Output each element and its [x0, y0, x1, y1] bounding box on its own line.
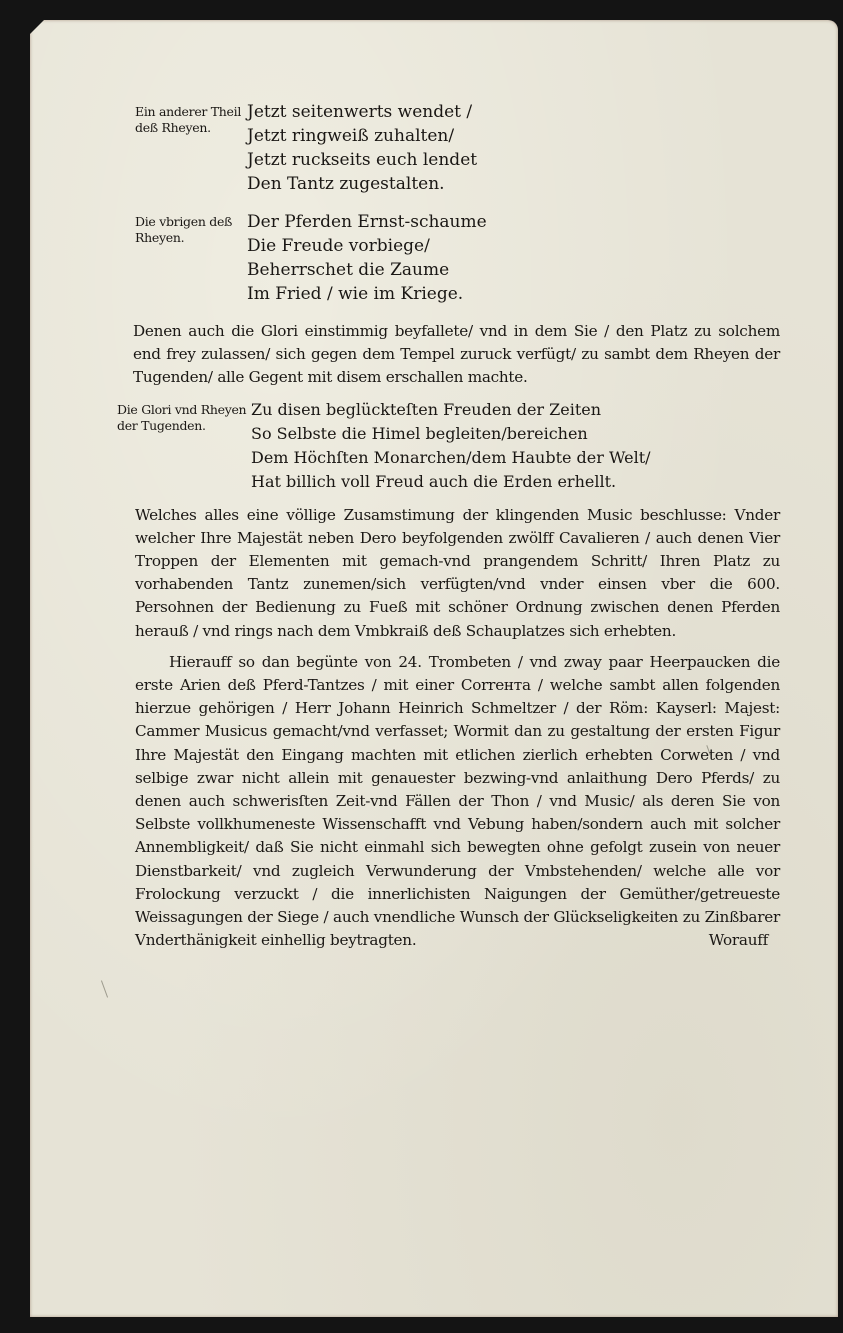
- verse-line: Jetzt ringweiß zuhalten/: [247, 124, 477, 148]
- verse-line: Jetzt seitenwerts wendet /: [247, 100, 477, 124]
- verse-line: Die Freude vorbiege/: [247, 234, 487, 258]
- verse-line: Im Fried / wie im Kriege.: [247, 282, 487, 306]
- paragraph-text: Hierauff so dan begünte von 24. Trombete…: [135, 653, 780, 949]
- verse-group-3: Die Glori vnd Rheyen der Tugenden. Zu di…: [135, 398, 780, 494]
- verse-group-1: Ein anderer Theil deß Rheyen. Jetzt seit…: [135, 100, 780, 196]
- catchword: Worauff: [675, 929, 768, 952]
- verse-lines: Der Pferden Ernst-schaume Die Freude vor…: [245, 210, 487, 306]
- verse-line: Beherrschet die Zaume: [247, 258, 487, 282]
- verse-line: Dem Höchſten Monarchen/dem Haubte der We…: [251, 446, 651, 470]
- paragraph: Hierauff so dan begünte von 24. Trombete…: [135, 651, 780, 953]
- verse-lines: Zu disen beglückteſten Freuden der Zeite…: [249, 398, 651, 494]
- verse-line: Der Pferden Ernst-schaume: [247, 210, 487, 234]
- verse-line: Jetzt ruckseits euch lendet: [247, 148, 477, 172]
- page-text: Ein anderer Theil deß Rheyen. Jetzt seit…: [135, 100, 780, 960]
- verse-line: Zu disen beglückteſten Freuden der Zeite…: [251, 398, 651, 422]
- marginal-note: Ein anderer Theil deß Rheyen.: [135, 100, 245, 196]
- marginal-note: Die vbrigen deß Rheyen.: [135, 210, 245, 306]
- marginal-note: Die Glori vnd Rheyen der Tugenden.: [117, 398, 249, 494]
- verse-group-2: Die vbrigen deß Rheyen. Der Pferden Erns…: [135, 210, 780, 306]
- page-corner-fold: [30, 20, 44, 34]
- paragraph: Welches alles eine völlige Zusamstimung …: [135, 504, 780, 643]
- verse-lines: Jetzt seitenwerts wendet / Jetzt ringwei…: [245, 100, 477, 196]
- paragraph: Denen auch die Glori einstimmig beyfalle…: [133, 320, 780, 390]
- verse-line: Hat billich voll Freud auch die Erden er…: [251, 470, 651, 494]
- verse-line: Den Tantz zugestalten.: [247, 172, 477, 196]
- scan-background: Ein anderer Theil deß Rheyen. Jetzt seit…: [0, 0, 843, 1333]
- verse-line: So Selbste die Himel begleiten/bereichen: [251, 422, 651, 446]
